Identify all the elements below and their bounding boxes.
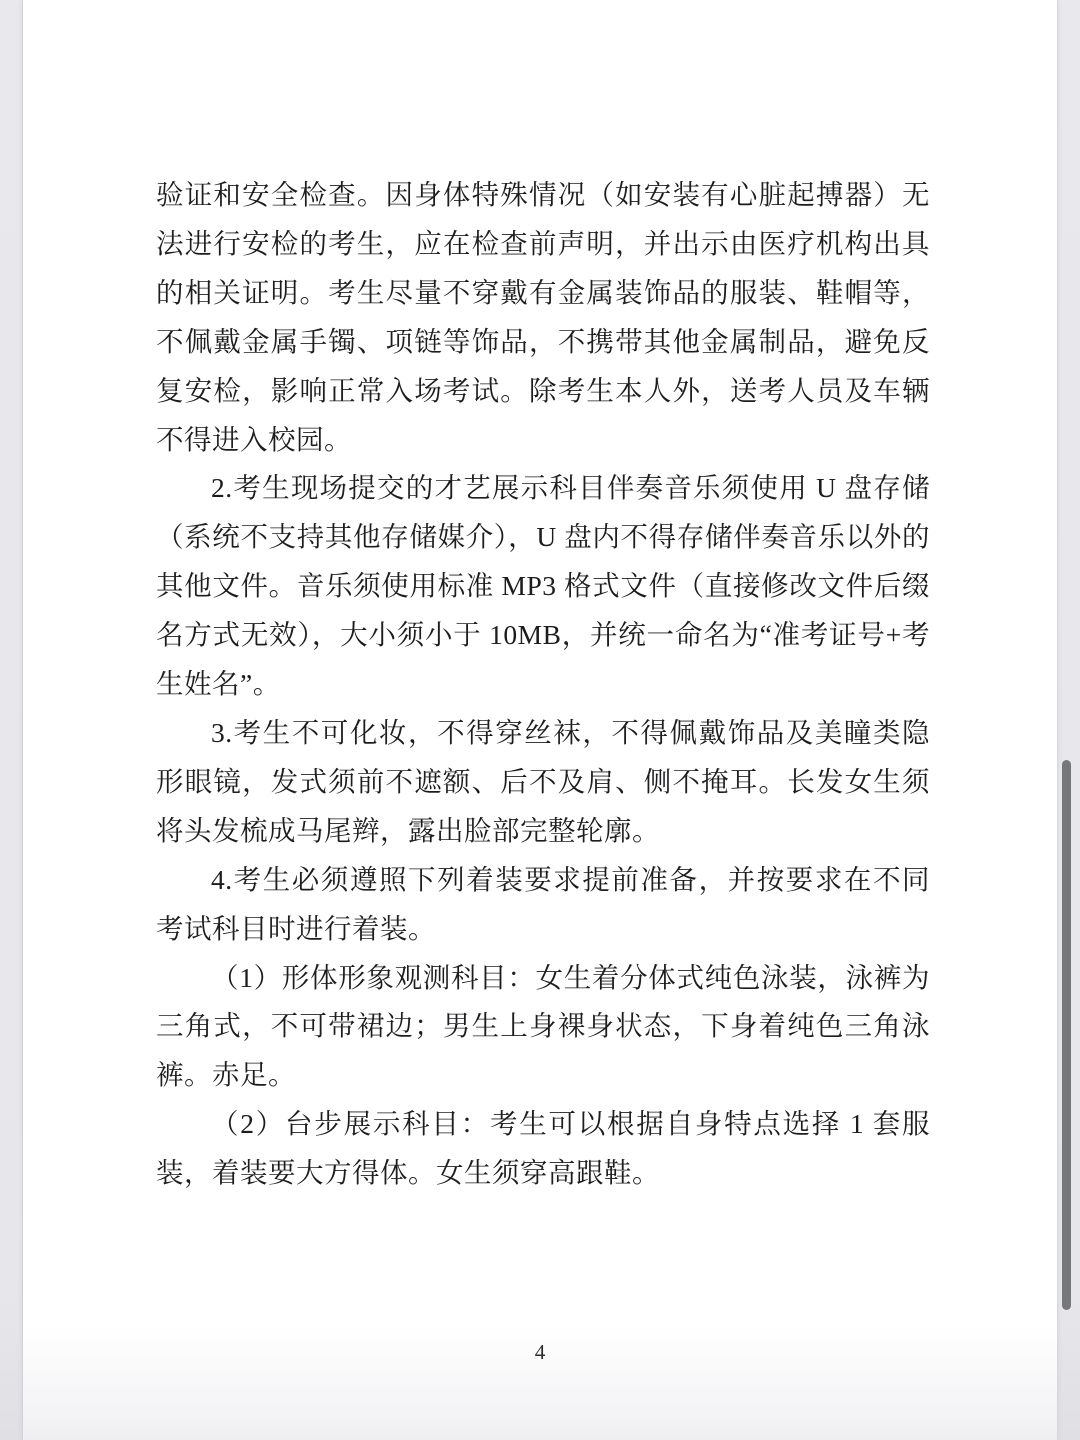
paragraph: 验证和安全检查。因身体特殊情况（如安装有心脏起搏器）无法进行安检的考生，应在检查…: [156, 171, 930, 464]
document-page: 验证和安全检查。因身体特殊情况（如安装有心脏起搏器）无法进行安检的考生，应在检查…: [22, 0, 1058, 1440]
paragraph: 2.考生现场提交的才艺展示科目伴奏音乐须使用 U 盘存储（系统不支持其他存储媒介…: [156, 464, 930, 709]
page-content: 验证和安全检查。因身体特殊情况（如安装有心脏起搏器）无法进行安检的考生，应在检查…: [156, 171, 930, 1198]
document-viewer: 验证和安全检查。因身体特殊情况（如安装有心脏起搏器）无法进行安检的考生，应在检查…: [0, 0, 1080, 1440]
paragraph: （2）台步展示科目：考生可以根据自身特点选择 1 套服装，着装要大方得体。女生须…: [156, 1100, 930, 1198]
page-number: 4: [23, 1340, 1057, 1365]
paragraph: 3.考生不可化妆，不得穿丝袜，不得佩戴饰品及美瞳类隐形眼镜，发式须前不遮额、后不…: [156, 709, 930, 856]
scrollbar-thumb[interactable]: [1062, 760, 1071, 1310]
paragraph: 4.考生必须遵照下列着装要求提前准备，并按要求在不同考试科目时进行着装。: [156, 856, 930, 954]
paragraph: （1）形体形象观测科目：女生着分体式纯色泳装，泳裤为三角式，不可带裙边；男生上身…: [156, 954, 930, 1101]
